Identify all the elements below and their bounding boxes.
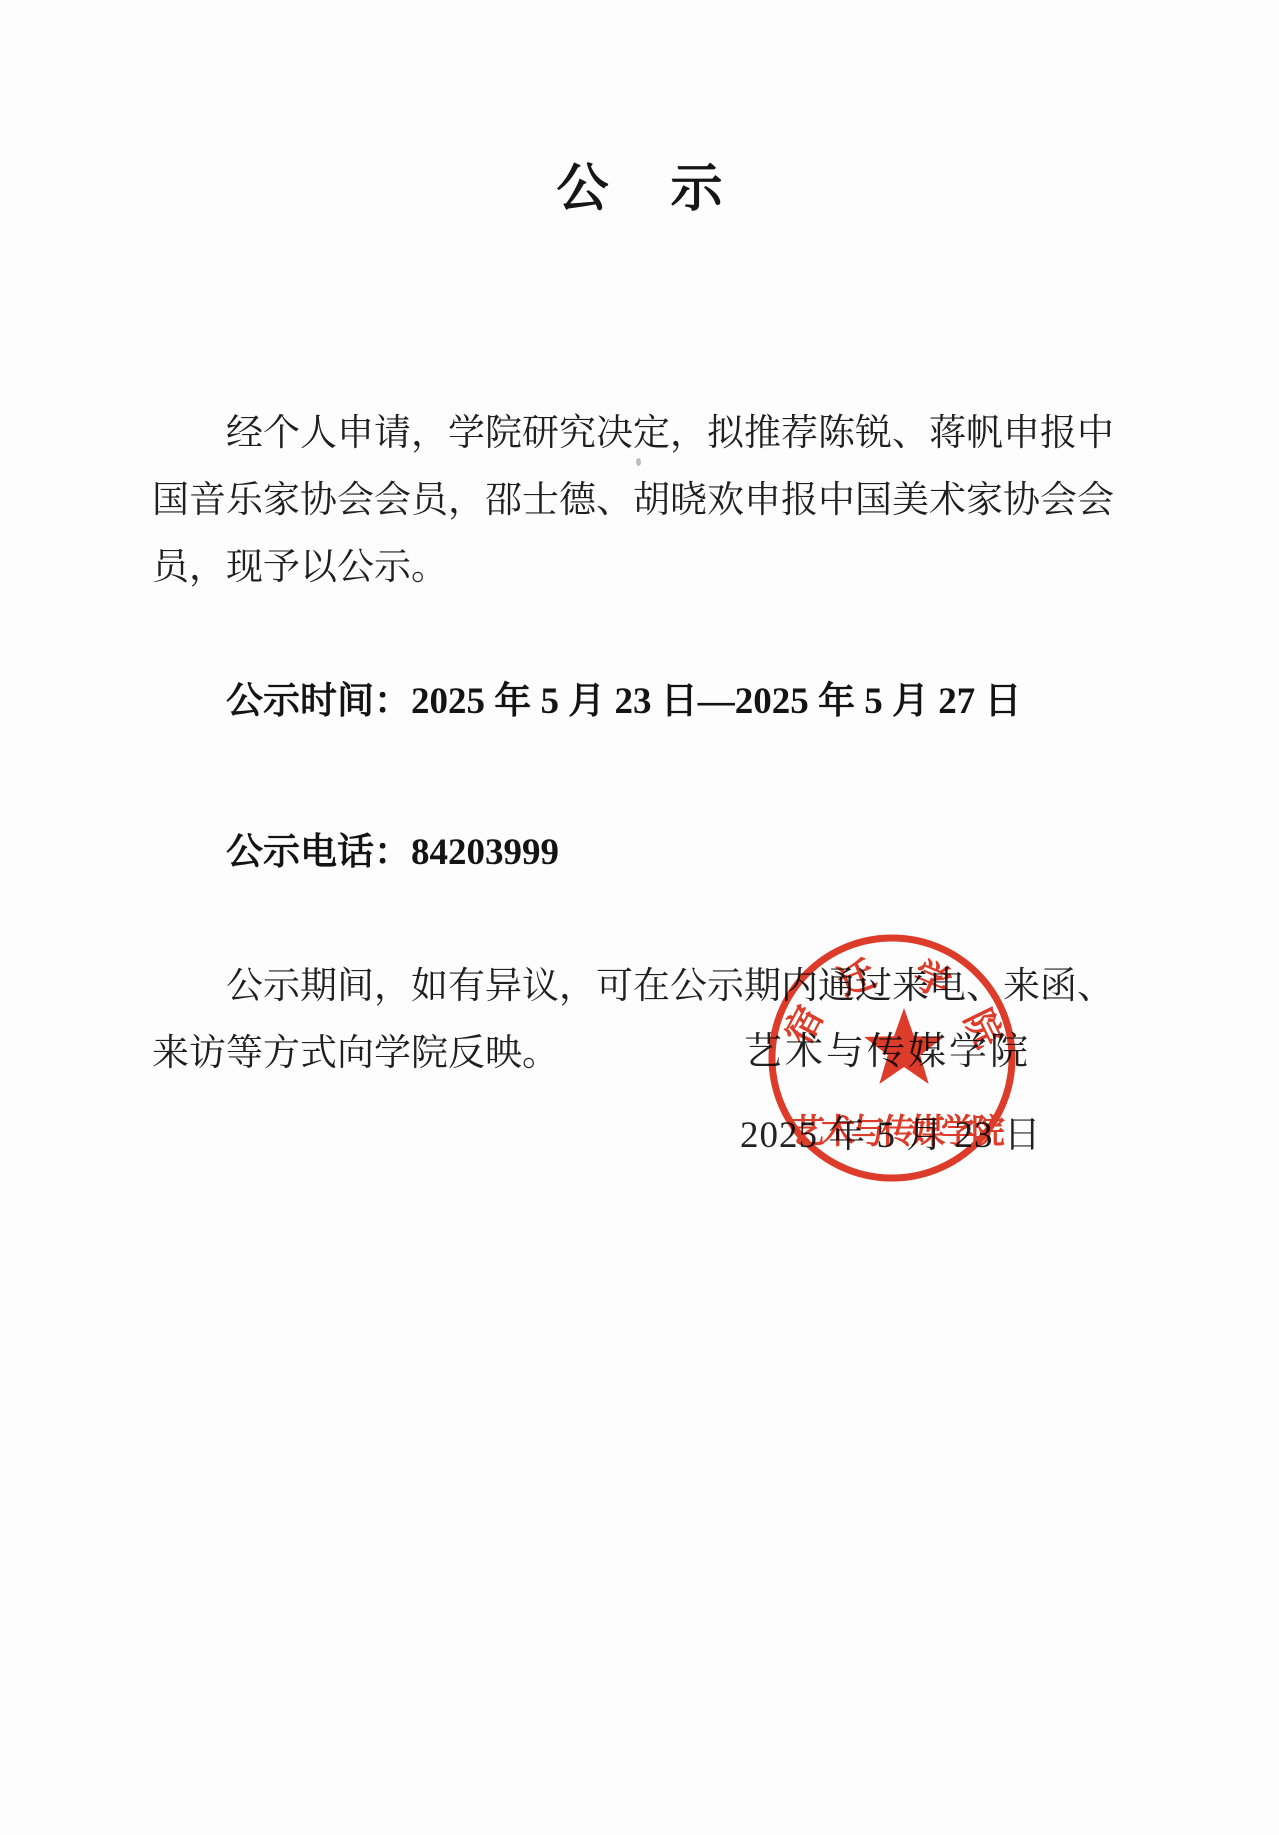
- red-star-icon: [864, 1008, 944, 1084]
- document-page: 公示 经个人申请，学院研究决定，拟推荐陈锐、蒋帆申报中 国音乐家协会会员，邵士德…: [0, 0, 1279, 1835]
- seal-bottom-text: 艺术与传媒学院: [791, 1113, 1005, 1151]
- document-title: 公示: [0, 160, 1279, 220]
- publicity-period-line: 公示时间：2025 年 5 月 23 日—2025 年 5 月 27 日: [152, 668, 1138, 735]
- seal-arc-char: 迁: [832, 953, 881, 1005]
- publicity-phone-line: 公示电话：84203999: [152, 819, 1138, 886]
- paragraph-announcement: 经个人申请，学院研究决定，拟推荐陈锐、蒋帆申报中 国音乐家协会会员，邵士德、胡晓…: [152, 400, 1138, 601]
- scan-speck: [636, 458, 641, 466]
- seal-arc-char: 学: [906, 953, 956, 1006]
- official-seal: 宿 迁 学 院 艺术与传媒学院: [765, 931, 1019, 1185]
